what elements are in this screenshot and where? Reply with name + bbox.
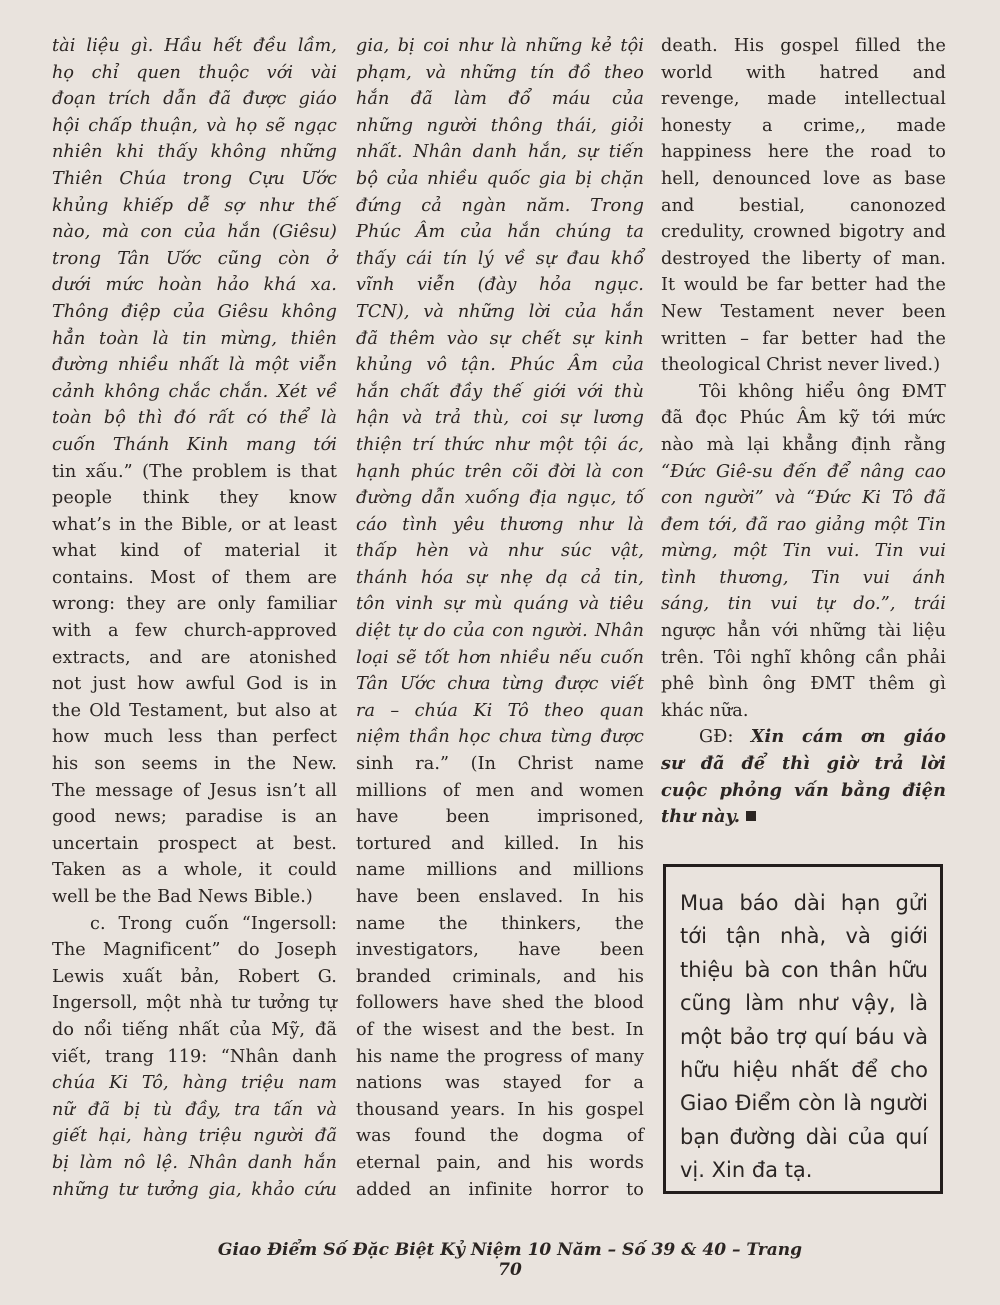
text-line: and bestial, canonozed (661, 193, 946, 220)
text-line: how much less than perfect (52, 724, 337, 751)
text-line: Tôi không hiểu ông ĐMT (661, 379, 946, 406)
notice-line: bạn đường dài của quí (680, 1121, 928, 1154)
text-line: world with hatred and (661, 60, 946, 87)
text-line: Lewis xuất bản, Robert G. (52, 964, 337, 991)
text-line: cáo tình yêu thương như là (356, 512, 644, 539)
text-line: his son seems in the New. (52, 751, 337, 778)
text-line: chúa Ki Tô, hàng triệu nam (52, 1070, 337, 1097)
text-line: New Testament never been (661, 299, 946, 326)
text-line: hận và trả thù, coi sự lương (356, 405, 644, 432)
text-line: diệt tự do của con người. Nhân (356, 618, 644, 645)
notice-line: Giao Điểm còn là người (680, 1087, 928, 1120)
text-line: nhiên khi thấy không những (52, 139, 337, 166)
end-of-article-square-icon (746, 811, 756, 821)
text-line: what kind of material it (52, 538, 337, 565)
text-line: It would be far better had the (661, 272, 946, 299)
closing-line: GĐ: Xin cám ơn giáo (661, 724, 946, 751)
text-line: tôn vinh sự mù quáng và tiêu (356, 591, 644, 618)
text-line: uncertain prospect at best. (52, 831, 337, 858)
notice-line: thiệu bà con thân hữu (680, 954, 928, 987)
text-line: đoạn trích dẫn đã được giáo (52, 86, 337, 113)
text-line: thấy cái tín lý về sự đau khổ (356, 246, 644, 273)
text-line: viết, trang 119: “Nhân danh (52, 1044, 337, 1071)
text-line: đã đọc Phúc Âm kỹ tới mức (661, 405, 946, 432)
text-line: The message of Jesus isn’t all (52, 778, 337, 805)
text-line: nữ đã bị tù đầy, tra tấn và (52, 1097, 337, 1124)
text-line: honesty a crime,, made (661, 113, 946, 140)
page-footer: Giao Điểm Số Đặc Biệt Kỷ Niệm 10 Năm – S… (205, 1240, 815, 1280)
text-line: thiện trí thức như một tội ác, (356, 432, 644, 459)
text-line: hắn đã làm đổ máu của (356, 86, 644, 113)
text-line: what’s in the Bible, or at least (52, 512, 337, 539)
text-line: ngược hẳn với những tài liệu (661, 618, 946, 645)
text-line: have been enslaved. In his (356, 884, 644, 911)
text-line: followers have shed the blood (356, 990, 644, 1017)
text-line: phê bình ông ĐMT thêm gì (661, 671, 946, 698)
text-line: đem tới, đã rao giảng một Tin (661, 512, 946, 539)
text-line: Thiên Chúa trong Cựu Ước (52, 166, 337, 193)
text-line: branded criminals, and his (356, 964, 644, 991)
text-line: people think they know (52, 485, 337, 512)
text-line: cảnh không chắc chắn. Xét về (52, 379, 337, 406)
text-line: Tân Ước chưa từng được viết (356, 671, 644, 698)
text-line: loại sẽ tốt hơn nhiều nếu cuốn (356, 645, 644, 672)
text-line: wrong: they are only familiar (52, 591, 337, 618)
column-1: tài liệu gì. Hầu hết đều lầm, họ chỉ que… (52, 33, 337, 1203)
text-line: happiness here the road to (661, 139, 946, 166)
text-line: investigators, have been (356, 937, 644, 964)
text-line: những tư tưởng gia, khảo cứu (52, 1177, 337, 1204)
text-line: the Old Testament, but also at (52, 698, 337, 725)
text-line: his name the progress of many (356, 1044, 644, 1071)
text-line: was found the dogma of (356, 1123, 644, 1150)
text-line: hội chấp thuận, và họ sẽ ngạc (52, 113, 337, 140)
text-line: họ chỉ quen thuộc với vài (52, 60, 337, 87)
text-line: niệm thần học chưa từng được (356, 724, 644, 751)
text-line: written – far better had the (661, 326, 946, 353)
text-line: hell, denounced love as base (661, 166, 946, 193)
text-line: thánh hóa sự nhẹ dạ cả tin, (356, 565, 644, 592)
column-2: gia, bị coi như là những kẻ tội phạm, và… (356, 33, 644, 1203)
text-line: giết hại, hàng triệu người đã (52, 1123, 337, 1150)
text-line: eternal pain, and his words (356, 1150, 644, 1177)
text-line: revenge, made intellectual (661, 86, 946, 113)
text-line: gia, bị coi như là những kẻ tội (356, 33, 644, 60)
text-line: khủng khiếp dễ sợ như thế (52, 193, 337, 220)
text-line: death. His gospel filled the (661, 33, 946, 60)
text-line: added an infinite horror to (356, 1177, 644, 1204)
text-line: thấp hèn và như súc vật, (356, 538, 644, 565)
magazine-page: tài liệu gì. Hầu hết đều lầm, họ chỉ que… (0, 0, 1000, 1305)
notice-line: Mua báo dài hạn gửi (680, 887, 928, 920)
notice-line: cũng làm như vậy, là (680, 987, 928, 1020)
text-line: name the thinkers, the (356, 911, 644, 938)
text-line: thousand years. In his gospel (356, 1097, 644, 1124)
closing-text: Xin cám ơn giáo (751, 726, 946, 747)
text-line: hạnh phúc trên cõi đời là con (356, 459, 644, 486)
closing-line: sư đã để thì giờ trả lời (661, 751, 946, 778)
text-line: hắn chất đầy thế giới với thù (356, 379, 644, 406)
text-line: con người” và “Đức Ki Tô đã (661, 485, 946, 512)
text-line: bị làm nô lệ. Nhân danh hắn (52, 1150, 337, 1177)
text-line: destroyed the liberty of man. (661, 246, 946, 273)
text-line: nào mà lại khẳng định rằng (661, 432, 946, 459)
text-line: khủng vô tận. Phúc Âm của (356, 352, 644, 379)
text-line: sinh ra.” (In Christ name (356, 751, 644, 778)
text-line: theological Christ never lived.) (661, 352, 946, 379)
text-line: trong Tân Ước cũng còn ở (52, 246, 337, 273)
text-line: nations was stayed for a (356, 1070, 644, 1097)
text-line: mừng, một Tin vui. Tin vui (661, 538, 946, 565)
text-line: Phúc Âm của hắn chúng ta (356, 219, 644, 246)
text-line: đường nhiều nhất là một viễn (52, 352, 337, 379)
text-line: TCN), và những lời của hắn (356, 299, 644, 326)
closing-label: GĐ: (699, 727, 751, 747)
text-line: do nổi tiếng nhất của Mỹ, đã (52, 1017, 337, 1044)
text-line: millions of men and women (356, 778, 644, 805)
text-line: have been imprisoned, (356, 804, 644, 831)
text-line: ra – chúa Ki Tô theo quan (356, 698, 644, 725)
text-line: hẳn toàn là tin mừng, thiên (52, 326, 337, 353)
closing-text: thư này. (661, 806, 740, 827)
text-line: not just how awful God is in (52, 671, 337, 698)
text-line: nào, mà con của hắn (Giêsu) (52, 219, 337, 246)
subscription-notice-box: Mua báo dài hạn gửi tới tận nhà, và giới… (663, 864, 943, 1194)
closing-line: thư này. (661, 804, 946, 831)
column-3: death. His gospel filled the world with … (661, 33, 946, 831)
text-line: khác nữa. (661, 698, 946, 725)
text-line: contains. Most of them are (52, 565, 337, 592)
text-line: đường dẫn xuống địa ngục, tố (356, 485, 644, 512)
text-line: đã thêm vào sự chết sự kinh (356, 326, 644, 353)
text-line: tortured and killed. In his (356, 831, 644, 858)
text-line: Taken as a whole, it could (52, 857, 337, 884)
text-line: “Đức Giê-su đến để nâng cao (661, 459, 946, 486)
text-line: sáng, tin vui tự do.”, trái (661, 591, 946, 618)
text-line: well be the Bad News Bible.) (52, 884, 337, 911)
text-line: with a few church-approved (52, 618, 337, 645)
text-line: bộ của nhiều quốc gia bị chặn (356, 166, 644, 193)
text-line: The Magnificent” do Joseph (52, 937, 337, 964)
text-line: credulity, crowned bigotry and (661, 219, 946, 246)
text-line: dưới mức hoàn hảo khá xa. (52, 272, 337, 299)
text-line: toàn bộ thì đó rất có thể là (52, 405, 337, 432)
text-line: c. Trong cuốn “Ingersoll: (52, 911, 337, 938)
text-line: tình thương, Tin vui ánh (661, 565, 946, 592)
text-line: những người thông thái, giỏi (356, 113, 644, 140)
text-line: vĩnh viễn (đày hỏa ngục. (356, 272, 644, 299)
text-line: trên. Tôi nghĩ không cần phải (661, 645, 946, 672)
text-line: tin xấu.” (The problem is that (52, 459, 337, 486)
notice-line: tới tận nhà, và giới (680, 920, 928, 953)
text-line: Thông điệp của Giêsu không (52, 299, 337, 326)
text-line: name millions and millions (356, 857, 644, 884)
notice-line: vị. Xin đa tạ. (680, 1154, 928, 1187)
notice-line: hữu hiệu nhất để cho (680, 1054, 928, 1087)
text-line: of the wisest and the best. In (356, 1017, 644, 1044)
notice-line: một bảo trợ quí báu và (680, 1021, 928, 1054)
text-line: đứng cả ngàn năm. Trong (356, 193, 644, 220)
text-line: nhất. Nhân danh hắn, sự tiến (356, 139, 644, 166)
text-line: phạm, và những tín đồ theo (356, 60, 644, 87)
text-line: good news; paradise is an (52, 804, 337, 831)
closing-line: cuộc phỏng vấn bằng điện (661, 778, 946, 805)
text-line: tài liệu gì. Hầu hết đều lầm, (52, 33, 337, 60)
text-line: cuốn Thánh Kinh mang tới (52, 432, 337, 459)
text-line: Ingersoll, một nhà tư tưởng tự (52, 990, 337, 1017)
text-line: extracts, and are atonished (52, 645, 337, 672)
